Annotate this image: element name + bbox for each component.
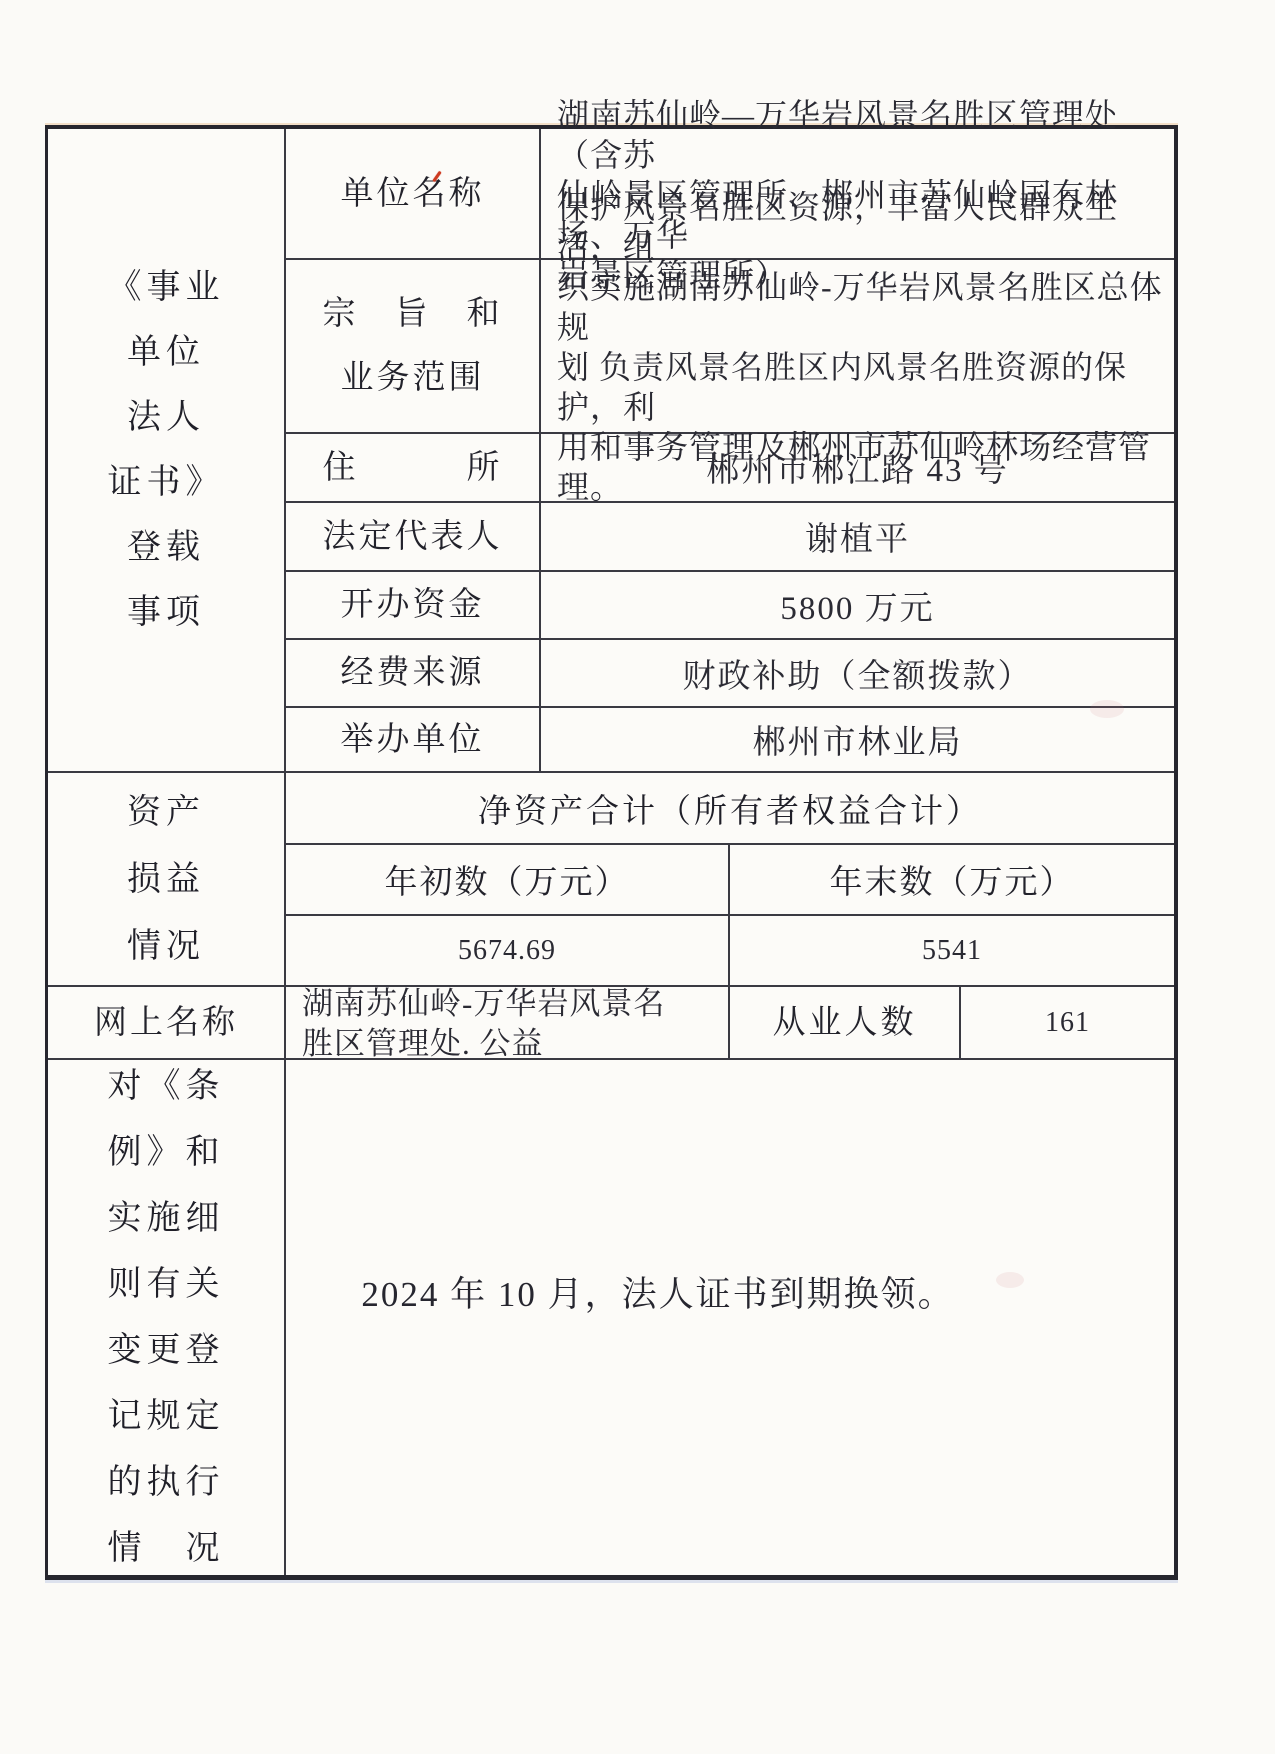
scan-smudge	[1090, 700, 1124, 718]
compliance-side-header: 对《条 例》和 实施细 则有关 变更登 记规定 的执行 情 况	[48, 1060, 286, 1575]
assets-side-header: 资产 损益 情况	[48, 773, 286, 987]
compliance-content-cell: 2024 年 10 月，法人证书到期换领。	[286, 1060, 1174, 1575]
registration-table: 《事业 单位 法人 证书》 登载 事项 单位名称 湖南苏仙岭—万华岩风景名胜区管…	[45, 125, 1178, 1580]
net-assets-header: 净资产合计（所有者权益合计）	[286, 773, 1174, 845]
label-registered-capital: 开办资金	[286, 572, 541, 640]
value-purpose-scope: 保护风景名胜区资源，丰富人民群众生活，组 织实施湖南苏仙岭-万华岩风景名胜区总体…	[541, 260, 1174, 434]
staff-count-label: 从业人数	[730, 987, 961, 1060]
compliance-content: 2024 年 10 月，法人证书到期换领。	[361, 1267, 954, 1317]
begin-year-label: 年初数（万元）	[286, 845, 730, 916]
end-year-value: 5541	[730, 916, 1174, 987]
label-legal-representative: 法定代表人	[286, 503, 541, 572]
label-address: 住 所	[286, 434, 541, 503]
end-year-label: 年末数（万元）	[730, 845, 1174, 916]
begin-year-value: 5674.69	[286, 916, 730, 987]
label-funding-source: 经费来源	[286, 640, 541, 708]
label-purpose-scope: 宗 旨 和 业务范围	[286, 260, 541, 434]
scan-smudge	[996, 1272, 1024, 1288]
label-unit-name: 单位名称	[286, 129, 541, 260]
value-address: 郴州市郴江路 43 号	[541, 434, 1174, 503]
staff-count-value: 161	[961, 987, 1174, 1060]
value-funding-source: 财政补助（全额拨款）	[541, 640, 1174, 708]
scanned-document-page: 《事业 单位 法人 证书》 登载 事项 单位名称 湖南苏仙岭—万华岩风景名胜区管…	[0, 0, 1275, 1754]
label-organizer: 举办单位	[286, 708, 541, 773]
online-name-value: 湖南苏仙岭-万华岩风景名 胜区管理处. 公益	[286, 987, 730, 1060]
certificate-side-header: 《事业 单位 法人 证书》 登载 事项	[48, 129, 286, 773]
value-registered-capital: 5800 万元	[541, 572, 1174, 640]
online-name-label: 网上名称	[48, 987, 286, 1060]
value-organizer: 郴州市林业局	[541, 708, 1174, 773]
value-legal-representative: 谢植平	[541, 503, 1174, 572]
